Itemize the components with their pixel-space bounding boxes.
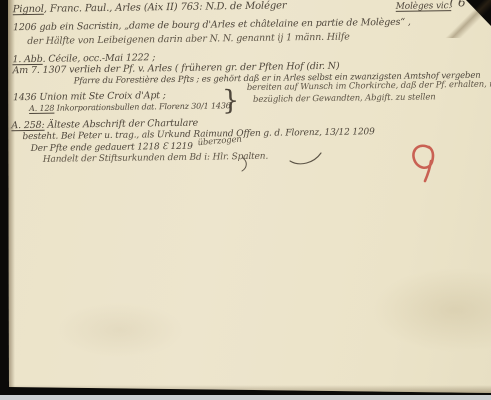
handwritten-line: A. 128 Inkorporationsbullen dat. Florenz… [29,101,231,113]
page-number: ( 6 [449,0,466,10]
entry-title-rest: , Franc. Paul., Arles (Aix II) 763: N.D.… [44,0,287,14]
scanned-card-page: Pignol, Franc. Paul., Arles (Aix II) 763… [0,0,491,400]
entry-title-line: Pignol, Franc. Paul., Arles (Aix II) 763… [13,0,287,15]
handwritten-line: 1206 gab ein Sacristin, „dame de bourg d… [13,17,411,34]
handwritten-line: 1436 Union mit Ste Croix d'Apt ; [13,90,166,103]
entry-name: Pignol [13,4,44,15]
handwritten-line: bezüglich der Gewandten, Abgift. zu stel… [253,92,436,105]
handwritten-line: der Hälfte von Leibeigenen darin aber N.… [27,32,350,48]
handwritten-line: Handelt der Stiftsurkunden dem Bd i: Hlr… [43,152,268,165]
curly-brace: } [222,85,240,116]
corner-note: Molèges vic. [396,1,452,12]
handwriting-layer: Pignol, Franc. Paul., Arles (Aix II) 763… [0,0,491,400]
